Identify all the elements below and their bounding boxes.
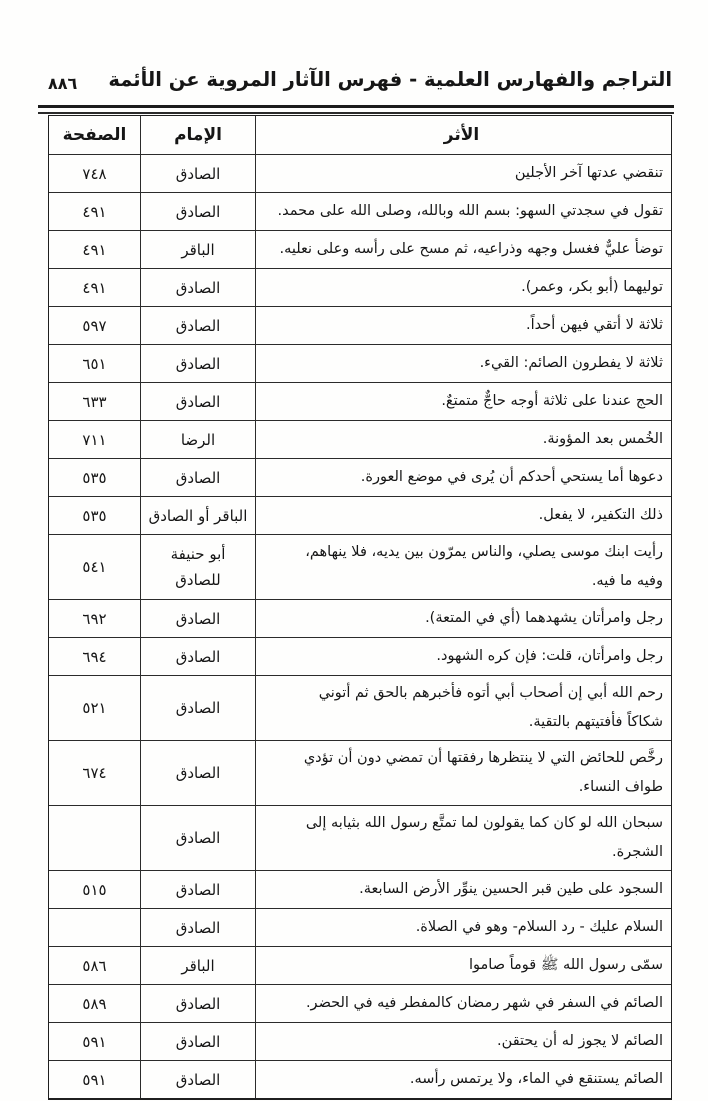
imam-name: الصادق [176,161,221,187]
imam-name: الصادق [176,825,221,851]
imam-name-cell: الصادق [141,269,256,306]
imam-name: الصادق [176,877,221,903]
page-number-value: ٥٤١ [82,558,106,576]
imam-name-cell: الصادق [141,193,256,230]
imam-name-cell: الصادق [141,1061,256,1098]
imam-name-cell: الصادق [141,985,256,1022]
table-row: توليهما (أبو بكر، وعمر). الصادق ٤٩١ [49,268,671,306]
table-row: سبحان الله لو كان كما يقولون لما تمتَّع … [49,805,671,870]
table-row: السلام عليك - رد السلام- وهو في الصلاة. … [49,908,671,946]
athar-text: الصائم لا يجوز له أن يحتقن. [260,1027,663,1056]
imam-name: الباقر [181,237,214,263]
athar-text: ثلاثة لا أتقي فيهن أحداً. [260,311,663,340]
athar-text-cell: سبحان الله لو كان كما يقولون لما تمتَّع … [256,806,671,870]
athar-text: رجل وامرأتان يشهدهما (أي في المتعة). [260,604,663,633]
table-row: رخَّص للحائض التي لا ينتظرها رفقتها أن ت… [49,740,671,805]
table-row: الخُمس بعد المؤونة. الرضا ٧١١ [49,420,671,458]
athar-text: ثلاثة لا يفطرون الصائم: القيء. [260,349,663,378]
page-number-cell: ٦٣٣ [49,383,141,420]
table-row: رأيت ابنك موسى يصلي، والناس يمرّون بين ي… [49,534,671,599]
athar-text: دعوها أما يستحي أحدكم أن يُرى في موضع ال… [260,463,663,492]
athar-text-cell: الصائم في السفر في شهر رمضان كالمفطر فيه… [256,985,671,1022]
athar-text-cell: السلام عليك - رد السلام- وهو في الصلاة. [256,909,671,946]
imam-name-cell: أبو حنيفة للصادق [141,535,256,599]
page-number-cell: ٤٩١ [49,269,141,306]
imam-name-cell: الصادق [141,155,256,192]
athar-text: السجود على طين قبر الحسين ينوِّر الأرض ا… [260,875,663,904]
page-number-cell: ٥٨٩ [49,985,141,1022]
table-row: ثلاثة لا أتقي فيهن أحداً. الصادق ٥٩٧ [49,306,671,344]
page-number-cell: ٦٩٤ [49,638,141,675]
athar-text-cell: الصائم يستنقع في الماء، ولا يرتمس رأسه. [256,1061,671,1098]
athar-text: الخُمس بعد المؤونة. [260,425,663,454]
table-row: ذلك التكفير، لا يفعل. الباقر أو الصادق ٥… [49,496,671,534]
athar-text: ذلك التكفير، لا يفعل. [260,501,663,530]
imam-name: الباقر [181,953,214,979]
table-row: تنقضي عدتها آخر الأجلين الصادق ٧٤٨ [49,154,671,192]
athar-text-cell: دعوها أما يستحي أحدكم أن يُرى في موضع ال… [256,459,671,496]
athar-text-cell: ثلاثة لا أتقي فيهن أحداً. [256,307,671,344]
athar-text: رأيت ابنك موسى يصلي، والناس يمرّون بين ي… [260,538,663,596]
athar-text-cell: تقول في سجدتي السهو: بسم الله وبالله، وص… [256,193,671,230]
page-number-cell: ٥٩٧ [49,307,141,344]
imam-name: الصادق [176,313,221,339]
page-number-cell: ٥٨٦ [49,947,141,984]
page-number-value: ٤٩١ [82,203,106,221]
imam-name-cell: الصادق [141,1023,256,1060]
table-row: الحج عندنا على ثلاثة أوجه حاجٌّ متمتعٌ. … [49,382,671,420]
page-number-cell [49,909,141,946]
table-header-row: الأثر الإمام الصفحة [49,116,671,154]
page-number-value: ٦٥١ [82,355,106,373]
imam-name: الصادق [176,389,221,415]
athar-text: سبحان الله لو كان كما يقولون لما تمتَّع … [260,809,663,867]
page-number-cell: ٥٢١ [49,676,141,740]
page-number-value: ٥٩٧ [82,317,106,335]
page-number-value: ٥٢١ [82,699,106,717]
page-number-cell: ٦٧٤ [49,741,141,805]
imam-name-cell: الصادق [141,600,256,637]
athar-text-cell: ذلك التكفير، لا يفعل. [256,497,671,534]
imam-name: الصادق [176,991,221,1017]
imam-name-cell: الرضا [141,421,256,458]
imam-name: الصادق [176,695,221,721]
imam-name-cell: الصادق [141,459,256,496]
imam-name: أبو حنيفة للصادق [171,541,226,593]
athar-text-cell: توضأ عليٌّ فغسل وجهه وذراعيه، ثم مسح على… [256,231,671,268]
page-number-value: ٦٩٢ [82,610,106,628]
imam-name-cell: الباقر [141,231,256,268]
athar-index-table: الأثر الإمام الصفحة تنقضي عدتها آخر الأج… [48,115,672,1100]
page-number-cell: ٤٩١ [49,193,141,230]
running-head-title: التراجم والفهارس العلمية - فهرس الآثار ا… [108,68,672,91]
imam-name-cell: الصادق [141,345,256,382]
imam-name-cell: الصادق [141,909,256,946]
athar-text-cell: ثلاثة لا يفطرون الصائم: القيء. [256,345,671,382]
athar-text: الصائم يستنقع في الماء، ولا يرتمس رأسه. [260,1065,663,1094]
imam-name: الصادق [176,465,221,491]
page-number-cell: ٥٣٥ [49,459,141,496]
athar-text-cell: رجل وامرأتان، قلت: فإن كره الشهود. [256,638,671,675]
table-row: الصائم في السفر في شهر رمضان كالمفطر فيه… [49,984,671,1022]
page-number-value: ٧٤٨ [82,165,106,183]
page-number-cell: ٥٤١ [49,535,141,599]
page-number-value: ٥٣٥ [82,507,106,525]
imam-name: الرضا [181,427,215,453]
column-header-page: الصفحة [49,116,141,154]
table-row: ثلاثة لا يفطرون الصائم: القيء. الصادق ٦٥… [49,344,671,382]
imam-name: الصادق [176,275,221,301]
athar-text-cell: الصائم لا يجوز له أن يحتقن. [256,1023,671,1060]
table-row: سمّى رسول الله ﷺ قوماً صاموا الباقر ٥٨٦ [49,946,671,984]
imam-name-cell: الصادق [141,676,256,740]
imam-name: الصادق [176,199,221,225]
athar-text: رحم الله أبي إن أصحاب أبي أتوه فأخبرهم ب… [260,679,663,737]
athar-text-cell: رحم الله أبي إن أصحاب أبي أتوه فأخبرهم ب… [256,676,671,740]
athar-text-cell: رأيت ابنك موسى يصلي، والناس يمرّون بين ي… [256,535,671,599]
page-number-value: ٥٨٩ [82,995,106,1013]
column-header-imam: الإمام [141,116,256,154]
page-number-value: ٥٩١ [82,1071,106,1089]
header-double-rule [38,105,674,114]
imam-name: الصادق [176,606,221,632]
page-number-cell [49,806,141,870]
page-number-cell: ٥٩١ [49,1023,141,1060]
athar-text-cell: الحج عندنا على ثلاثة أوجه حاجٌّ متمتعٌ. [256,383,671,420]
page-number-cell: ٥٩١ [49,1061,141,1098]
table-row: الصائم لا يجوز له أن يحتقن. الصادق ٥٩١ [49,1022,671,1060]
athar-text-cell: تنقضي عدتها آخر الأجلين [256,155,671,192]
table-row: رجل وامرأتان يشهدهما (أي في المتعة). الص… [49,599,671,637]
imam-name: الصادق [176,1029,221,1055]
page-number-value: ٤٩١ [82,241,106,259]
athar-text: الحج عندنا على ثلاثة أوجه حاجٌّ متمتعٌ. [260,387,663,416]
page-number-value: ٧١١ [82,431,106,449]
table-row: تقول في سجدتي السهو: بسم الله وبالله، وص… [49,192,671,230]
page-number-cell: ٦٥١ [49,345,141,382]
table-row: السجود على طين قبر الحسين ينوِّر الأرض ا… [49,870,671,908]
athar-text-cell: رخَّص للحائض التي لا ينتظرها رفقتها أن ت… [256,741,671,805]
imam-name: الصادق [176,760,221,786]
imam-name: الصادق [176,644,221,670]
table-row: رحم الله أبي إن أصحاب أبي أتوه فأخبرهم ب… [49,675,671,740]
imam-name-cell: الصادق [141,638,256,675]
athar-text-cell: السجود على طين قبر الحسين ينوِّر الأرض ا… [256,871,671,908]
column-header-athar: الأثر [256,116,671,154]
page-number-value: ٦٩٤ [82,648,106,666]
page-number-value: ٥٣٥ [82,469,106,487]
imam-name: الباقر أو الصادق [149,503,248,529]
table-row: توضأ عليٌّ فغسل وجهه وذراعيه، ثم مسح على… [49,230,671,268]
page-number-value: ٦٣٣ [82,393,106,411]
imam-name-cell: الصادق [141,741,256,805]
page-number-value: ٥١٥ [82,881,106,899]
imam-name: الصادق [176,351,221,377]
table-row: الصائم يستنقع في الماء، ولا يرتمس رأسه. … [49,1060,671,1098]
page-number-value: ٦٧٤ [82,764,106,782]
imam-name-cell: الباقر [141,947,256,984]
imam-name-cell: الباقر أو الصادق [141,497,256,534]
athar-text: تنقضي عدتها آخر الأجلين [260,159,663,188]
athar-text: سمّى رسول الله ﷺ قوماً صاموا [260,951,663,980]
page-number-cell: ٧٤٨ [49,155,141,192]
page-number: ٨٨٦ [48,74,77,93]
athar-text-cell: الخُمس بعد المؤونة. [256,421,671,458]
athar-text: رجل وامرأتان، قلت: فإن كره الشهود. [260,642,663,671]
imam-name: الصادق [176,915,221,941]
athar-text: تقول في سجدتي السهو: بسم الله وبالله، وص… [260,197,663,226]
athar-text: السلام عليك - رد السلام- وهو في الصلاة. [260,913,663,942]
imam-name: الصادق [176,1067,221,1093]
athar-text: توليهما (أبو بكر، وعمر). [260,273,663,302]
page-number-value: ٥٨٦ [82,957,106,975]
athar-text-cell: سمّى رسول الله ﷺ قوماً صاموا [256,947,671,984]
page-number-value: ٤٩١ [82,279,106,297]
table-row: رجل وامرأتان، قلت: فإن كره الشهود. الصاد… [49,637,671,675]
athar-text: الصائم في السفر في شهر رمضان كالمفطر فيه… [260,989,663,1018]
document-page: ٨٨٦ التراجم والفهارس العلمية - فهرس الآث… [0,0,708,1101]
table-row: دعوها أما يستحي أحدكم أن يُرى في موضع ال… [49,458,671,496]
athar-text-cell: توليهما (أبو بكر، وعمر). [256,269,671,306]
athar-text-cell: رجل وامرأتان يشهدهما (أي في المتعة). [256,600,671,637]
imam-name-cell: الصادق [141,871,256,908]
imam-name-cell: الصادق [141,383,256,420]
athar-text: رخَّص للحائض التي لا ينتظرها رفقتها أن ت… [260,744,663,802]
imam-name-cell: الصادق [141,307,256,344]
page-number-cell: ٦٩٢ [49,600,141,637]
page-number-cell: ٥٣٥ [49,497,141,534]
page-number-cell: ٥١٥ [49,871,141,908]
imam-name-cell: الصادق [141,806,256,870]
page-number-cell: ٧١١ [49,421,141,458]
page-number-cell: ٤٩١ [49,231,141,268]
athar-text: توضأ عليٌّ فغسل وجهه وذراعيه، ثم مسح على… [260,235,663,264]
page-number-value: ٥٩١ [82,1033,106,1051]
